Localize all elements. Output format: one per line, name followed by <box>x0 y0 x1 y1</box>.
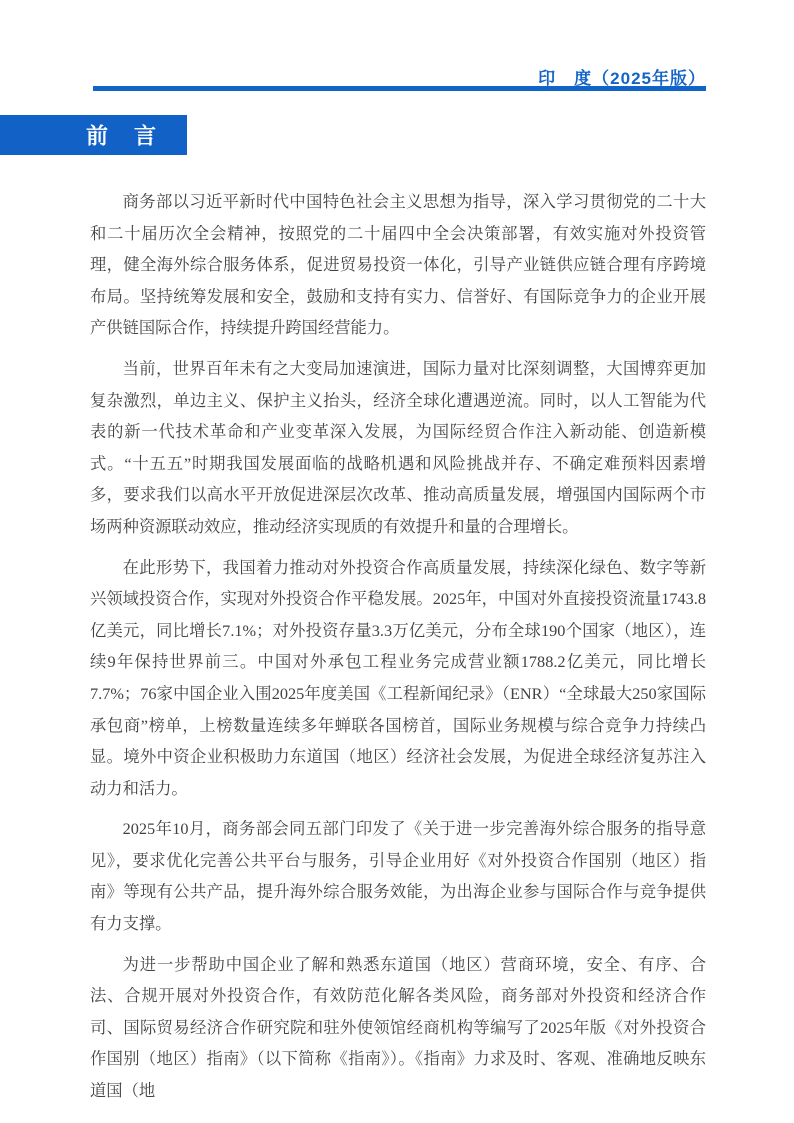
section-title: 前 言 <box>86 120 158 151</box>
preface-paragraph-2: 当前，世界百年未有之大变局加速演进，国际力量对比深刻调整，大国博弈更加复杂激烈，… <box>90 353 706 543</box>
preface-paragraph-4: 2025年10月，商务部会同五部门印发了《关于进一步完善海外综合服务的指导意见》… <box>90 813 706 939</box>
preface-paragraph-3: 在此形势下，我国着力推动对外投资合作高质量发展，持续深化绿色、数字等新兴领域投资… <box>90 552 706 805</box>
header-rule <box>93 86 706 91</box>
preface-body: 商务部以习近平新时代中国特色社会主义思想为指导，深入学习贯彻党的二十大和二十届历… <box>90 186 706 1116</box>
preface-paragraph-1: 商务部以习近平新时代中国特色社会主义思想为指导，深入学习贯彻党的二十大和二十届历… <box>90 186 706 344</box>
document-page: 印 度（2025年版） 前 言 商务部以习近平新时代中国特色社会主义思想为指导，… <box>0 0 794 1123</box>
preface-paragraph-5: 为进一步帮助中国企业了解和熟悉东道国（地区）营商环境，安全、有序、合法、合规开展… <box>90 949 706 1107</box>
section-title-banner: 前 言 <box>0 115 187 155</box>
